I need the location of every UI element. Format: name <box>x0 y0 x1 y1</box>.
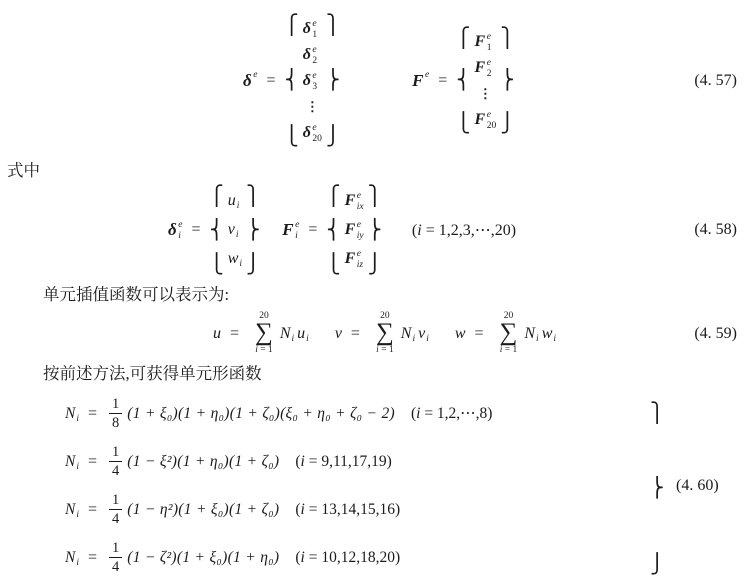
shape-function-symbol: N <box>65 453 75 471</box>
denominator: 4 <box>112 462 119 480</box>
left-brace-bottom: ⎩ <box>456 115 470 132</box>
equals-sign: = <box>438 72 447 90</box>
entry-symbol: F <box>475 59 486 77</box>
dof-symbol: w <box>542 325 553 343</box>
left-brace-mid: ⎨ <box>284 72 298 89</box>
index-condition: (i = 10,12,18,20) <box>295 549 400 567</box>
entry-symbol: w <box>228 250 239 268</box>
shape-function-symbol: N <box>401 325 412 343</box>
fraction: 14 <box>109 492 122 528</box>
right-brace-top: ⎫ <box>246 188 260 205</box>
index-condition: (i = 9,11,17,19) <box>295 453 391 471</box>
entry-sub: i <box>239 259 242 269</box>
equation-458: δei = ⎧ ⎨ ⎩ ui vi wi ⎫ ⎬ ⎭ Fei = <box>0 182 755 278</box>
index-condition: (i = 13,14,15,16) <box>295 501 400 519</box>
left-brace-top: ⎧ <box>284 17 298 34</box>
polynomial-body: (1 + ξ₀)(1 + η₀)(1 + ζ₀)(ξ₀ + η₀ + ζ₀ − … <box>127 405 395 423</box>
equals-sign: = <box>191 221 200 239</box>
left-brace: ⎧ ⎨ ⎩ <box>209 187 223 274</box>
superscript-e: e <box>425 70 429 80</box>
force-symbol: F <box>412 71 423 91</box>
left-brace-mid: ⎨ <box>209 222 223 239</box>
right-brace-bottom: ⎭ <box>326 128 340 145</box>
vertical-dots: ⋮ <box>306 94 319 120</box>
entry-sub: ix <box>357 202 364 213</box>
left-brace-mid: ⎨ <box>456 72 470 89</box>
left-brace-bottom: ⎩ <box>209 256 223 273</box>
shape-line-4: Ni = 14 (1 − ζ²)(1 + ξ₀)(1 + η₀) (i = 10… <box>65 537 650 579</box>
delta-symbol: δ <box>243 71 252 91</box>
entry-sub: 3 <box>312 82 317 93</box>
index-range: = 10,12,18,20) <box>305 549 400 566</box>
entry-sup: e <box>487 110 491 121</box>
grouping-right-brace: ⎫ ⎬ ⎭ <box>650 393 664 579</box>
shape-function-sub: i <box>76 462 79 472</box>
right-brace: ⎫ ⎬ ⎭ <box>368 187 382 274</box>
entry-symbol: F <box>475 33 486 51</box>
vector-entry: Fe20 <box>475 107 497 133</box>
lhs-w: w <box>455 325 466 343</box>
displacement-entries: ui vi wi <box>224 187 246 274</box>
index-range: = 13,14,15,16) <box>305 501 400 518</box>
shape-function-sub: i <box>76 510 79 520</box>
equals-sign: = <box>351 325 360 343</box>
vector-entry: δe1 <box>303 16 317 42</box>
dof-sub: i <box>553 334 556 344</box>
summation: 20 ∑ i = 1 <box>500 311 518 356</box>
delta-element-vector: δe = ⎧ ⎨ ⎩ δe1 δe2 δe3 ⋮ δe20 ⎫ ⎬ ⎭ <box>243 16 340 146</box>
index-condition-458: (i = 1,2,3,⋯,20) <box>412 220 516 240</box>
vector-entry: wi <box>228 245 242 274</box>
delta-node-vector: δei = ⎧ ⎨ ⎩ ui vi wi ⎫ ⎬ ⎭ <box>168 187 260 274</box>
subscript-i: i <box>295 231 298 242</box>
entry-sub: 2 <box>487 69 492 80</box>
paragraph-interpolation: 单元插值函数可以表示为: <box>43 284 755 306</box>
left-brace: ⎧ ⎨ ⎩ <box>456 29 470 133</box>
entry-sub: 1 <box>487 43 492 54</box>
equals-sign: = <box>475 325 484 343</box>
paragraph-method: 按前述方法,可获得单元形函数 <box>43 363 755 385</box>
vector-entry: δe3 <box>303 68 317 94</box>
equation-460: Ni = 18 (1 + ξ₀)(1 + η₀)(1 + ζ₀)(ξ₀ + η₀… <box>65 393 755 579</box>
polynomial-body: (1 − η²)(1 + ξ₀)(1 + ζ₀) <box>127 501 279 519</box>
right-brace-bottom: ⎭ <box>246 256 260 273</box>
right-brace-bottom: ⎭ <box>500 115 514 132</box>
left-brace-bottom: ⎩ <box>326 256 340 273</box>
denominator: 4 <box>112 510 119 528</box>
sum-term-w: w = 20 ∑ i = 1 Ni wi <box>455 311 556 356</box>
shape-function-symbol: N <box>65 549 75 567</box>
shape-function-symbol: N <box>280 325 291 343</box>
shape-function-sub: i <box>536 334 539 344</box>
entry-sub: i <box>236 230 239 240</box>
equals-sign: = <box>88 549 97 567</box>
dof-sub: i <box>306 334 309 344</box>
shape-function-symbol: N <box>524 325 535 343</box>
shape-function-sub: i <box>76 414 79 424</box>
shape-function-symbol: N <box>65 501 75 519</box>
vector-entry: ui <box>228 187 240 216</box>
lower-limit-value: = 1 <box>502 345 517 355</box>
entry-sub: iy <box>357 231 364 242</box>
numerator: 1 <box>109 492 122 511</box>
sum-term-v: v = 20 ∑ i = 1 Ni vi <box>335 311 429 356</box>
polynomial-body: (1 − ζ²)(1 + ξ₀)(1 + η₀) <box>127 549 279 567</box>
left-brace: ⎧ ⎨ ⎩ <box>326 187 340 274</box>
delta-vector-lhs: δe <box>243 71 257 91</box>
fraction: 14 <box>109 540 122 576</box>
right-brace-mid: ⎬ <box>326 72 340 89</box>
subscript-i: i <box>178 231 181 242</box>
summation: 20 ∑ i = 1 <box>376 311 394 356</box>
equals-sign: = <box>88 501 97 519</box>
equation-number-460: (4. 60) <box>676 477 719 495</box>
index-condition: (i = 1,2,⋯,8) <box>411 404 493 423</box>
entry-sub: 20 <box>487 121 497 132</box>
right-brace-top: ⎫ <box>650 405 664 422</box>
entry-symbol: F <box>345 221 356 239</box>
entry-sub: 2 <box>312 56 317 67</box>
entry-sub: 1 <box>312 30 317 41</box>
right-brace-top: ⎫ <box>326 17 340 34</box>
equals-sign: = <box>266 72 275 90</box>
lower-limit-value: = 1 <box>379 345 394 355</box>
superscript-e: e <box>253 70 257 80</box>
force-component-entries: Feix Feiy Feiz <box>341 187 368 274</box>
entry-sup: e <box>357 249 361 260</box>
shape-function-lines: Ni = 18 (1 + ξ₀)(1 + η₀)(1 + ζ₀)(ξ₀ + η₀… <box>65 393 650 579</box>
vector-entry: Fe1 <box>475 29 492 55</box>
equation-459: u = 20 ∑ i = 1 Ni ui v = 20 ∑ i = 1 Ni v… <box>0 307 755 361</box>
entry-symbol: F <box>345 250 356 268</box>
entry-symbol: F <box>475 111 486 129</box>
right-brace-bottom: ⎭ <box>368 256 382 273</box>
entry-sup: e <box>312 45 316 56</box>
right-brace-mid: ⎬ <box>246 222 260 239</box>
index-range: = 9,11,17,19) <box>305 453 392 470</box>
sigma-symbol: ∑ <box>500 322 518 345</box>
index-range: = 1,2,⋯,8) <box>420 405 492 422</box>
sum-term-u: u = 20 ∑ i = 1 Ni ui <box>213 311 309 356</box>
entry-sub: iz <box>357 260 363 271</box>
left-brace-top: ⎧ <box>326 188 340 205</box>
denominator: 4 <box>112 558 119 576</box>
left-brace-top: ⎧ <box>209 188 223 205</box>
shape-line-2: Ni = 14 (1 − ξ²)(1 + η₀)(1 + ζ₀) (i = 9,… <box>65 441 650 483</box>
vector-entry: Feiz <box>345 245 364 274</box>
entry-sup: e <box>357 191 361 202</box>
right-brace: ⎫ ⎬ ⎭ <box>246 187 260 274</box>
paragraph-where: 式中 <box>7 160 755 182</box>
equals-sign: = <box>308 221 317 239</box>
fraction: 14 <box>109 444 122 480</box>
shape-line-3: Ni = 14 (1 − η²)(1 + ξ₀)(1 + ζ₀) (i = 13… <box>65 489 650 531</box>
entry-symbol: δ <box>303 20 311 38</box>
entry-symbol: u <box>228 192 236 210</box>
textbook-page: δe = ⎧ ⎨ ⎩ δe1 δe2 δe3 ⋮ δe20 ⎫ ⎬ ⎭ <box>0 0 755 583</box>
numerator: 1 <box>109 396 122 415</box>
right-brace-mid: ⎬ <box>500 72 514 89</box>
force-node-vector: Fei = ⎧ ⎨ ⎩ Feix Feiy Feiz ⎫ ⎬ ⎭ <box>282 187 382 274</box>
shape-function-sub: i <box>292 334 295 344</box>
dof-symbol: v <box>418 325 425 343</box>
entry-sup: e <box>487 32 491 43</box>
numerator: 1 <box>109 540 122 559</box>
vector-entry: Fe2 <box>475 55 492 81</box>
entry-sup: e <box>357 220 361 231</box>
entry-sup: e <box>487 58 491 69</box>
entry-symbol: v <box>228 221 235 239</box>
denominator: 8 <box>112 414 119 432</box>
left-brace-bottom: ⎩ <box>284 128 298 145</box>
entry-symbol: δ <box>303 124 311 142</box>
sum-lower-limit: i = 1 <box>255 345 273 356</box>
equation-number-459: (4. 59) <box>694 325 737 343</box>
vector-entry: δe2 <box>303 42 317 68</box>
shape-line-1: Ni = 18 (1 + ξ₀)(1 + η₀)(1 + ζ₀)(ξ₀ + η₀… <box>65 393 650 435</box>
force-element-vector: Fe = ⎧ ⎨ ⎩ Fe1 Fe2 ⋮ Fe20 ⎫ ⎬ ⎭ <box>412 29 514 133</box>
equation-number-457: (4. 57) <box>694 72 737 90</box>
right-brace-mid: ⎬ <box>368 222 382 239</box>
entry-symbol: δ <box>303 72 311 90</box>
vertical-dots: ⋮ <box>479 81 492 107</box>
sum-lower-limit: i = 1 <box>376 345 394 356</box>
right-brace-top: ⎫ <box>368 188 382 205</box>
equation-457: δe = ⎧ ⎨ ⎩ δe1 δe2 δe3 ⋮ δe20 ⎫ ⎬ ⎭ <box>0 0 755 156</box>
equals-sign: = <box>88 453 97 471</box>
superscript-e: e <box>178 220 182 231</box>
right-brace-top: ⎫ <box>500 30 514 47</box>
entry-sup: e <box>312 123 316 134</box>
right-brace: ⎫ ⎬ ⎭ <box>326 16 340 146</box>
force-vector-lhs: Fe <box>412 71 429 91</box>
shape-function-sub: i <box>412 334 415 344</box>
vector-entry: Feiy <box>345 216 364 245</box>
vector-entry: δe20 <box>303 120 322 146</box>
sigma-symbol: ∑ <box>255 322 273 345</box>
entry-symbol: F <box>345 192 356 210</box>
left-brace-mid: ⎨ <box>326 222 340 239</box>
dof-sub: i <box>426 334 429 344</box>
entry-sub: 20 <box>312 134 322 145</box>
left-brace: ⎧ ⎨ ⎩ <box>284 16 298 146</box>
lhs-u: u <box>213 325 221 343</box>
left-brace-top: ⎧ <box>456 30 470 47</box>
index-range: = 1,2,3,⋯,20) <box>422 222 516 239</box>
entry-sup: e <box>312 19 316 30</box>
entry-sup: e <box>312 71 316 82</box>
sigma-symbol: ∑ <box>376 322 394 345</box>
superscript-e: e <box>295 220 299 231</box>
shape-function-symbol: N <box>65 405 75 423</box>
lhs-v: v <box>335 325 342 343</box>
force-node-lhs: Fei <box>282 219 299 241</box>
delta-vector-entries: δe1 δe2 δe3 ⋮ δe20 <box>299 16 326 146</box>
delta-symbol: δ <box>168 220 177 240</box>
entry-symbol: δ <box>303 46 311 64</box>
force-symbol: F <box>282 220 293 240</box>
equation-number-458: (4. 58) <box>694 221 737 239</box>
polynomial-body: (1 − ξ²)(1 + η₀)(1 + ζ₀) <box>127 453 279 471</box>
shape-function-sub: i <box>76 558 79 568</box>
vector-entry: Feix <box>345 187 364 216</box>
delta-node-lhs: δei <box>168 219 182 241</box>
equals-sign: = <box>230 325 239 343</box>
force-vector-entries: Fe1 Fe2 ⋮ Fe20 <box>471 29 501 133</box>
vector-entry: vi <box>228 216 239 245</box>
numerator: 1 <box>109 444 122 463</box>
fraction: 18 <box>109 396 122 432</box>
equals-sign: = <box>88 405 97 423</box>
sum-lower-limit: i = 1 <box>500 345 518 356</box>
right-brace-mid: ⎬ <box>650 480 664 497</box>
right-brace-bottom: ⎭ <box>650 556 664 573</box>
summation: 20 ∑ i = 1 <box>255 311 273 356</box>
lower-limit-value: = 1 <box>258 345 273 355</box>
dof-symbol: u <box>297 325 305 343</box>
entry-sub: i <box>237 201 240 211</box>
right-brace: ⎫ ⎬ ⎭ <box>500 29 514 133</box>
